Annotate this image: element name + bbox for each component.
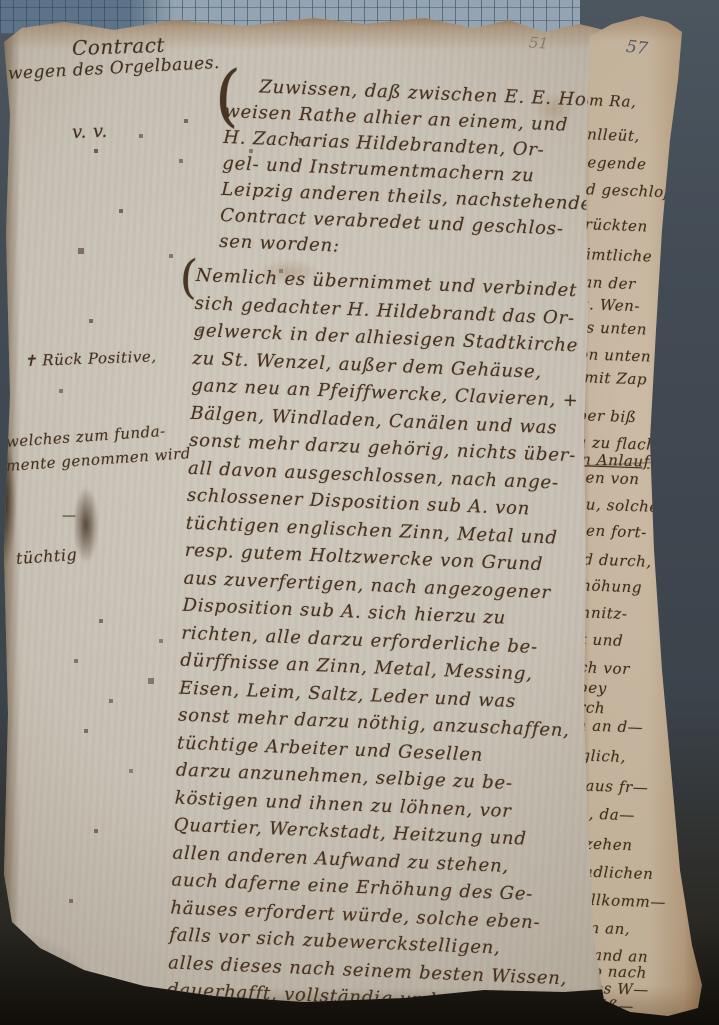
fragment-line: liegende <box>576 153 646 173</box>
manuscript-page-right-edge: 57 hm Ra,anlleüt,liegendend geschloßen:d… <box>576 10 719 1022</box>
fragment-line: nd geschloßen: <box>575 180 700 202</box>
paragraph-preamble: ( Zuwissen, daß zwischen E. E. Hoch-weis… <box>219 73 614 270</box>
margin-note: v. v. <box>72 121 108 143</box>
manuscript-photo: 51 Contract wegen des Orgelbaues. v. v.✝… <box>0 0 719 1025</box>
margin-note: tüchtig <box>15 545 77 568</box>
margin-note: — <box>62 508 77 524</box>
paragraph-obligations: ( Nemlich es übernimmet und verbindetsic… <box>167 262 606 1020</box>
paragraph-bracket: ( <box>214 57 243 136</box>
margin-heading-line2: wegen des Orgelbaues. <box>7 53 220 84</box>
manuscript-body-text: ( Zuwissen, daß zwischen E. E. Hoch-weis… <box>165 72 614 1020</box>
margin-note: ✝ Rück Positive, <box>24 347 157 370</box>
paragraph-bracket: ( <box>179 249 200 304</box>
fragment-line: den müß— <box>547 994 634 1015</box>
manuscript-page-left: 51 Contract wegen des Orgelbaues. v. v.✝… <box>4 14 618 1018</box>
